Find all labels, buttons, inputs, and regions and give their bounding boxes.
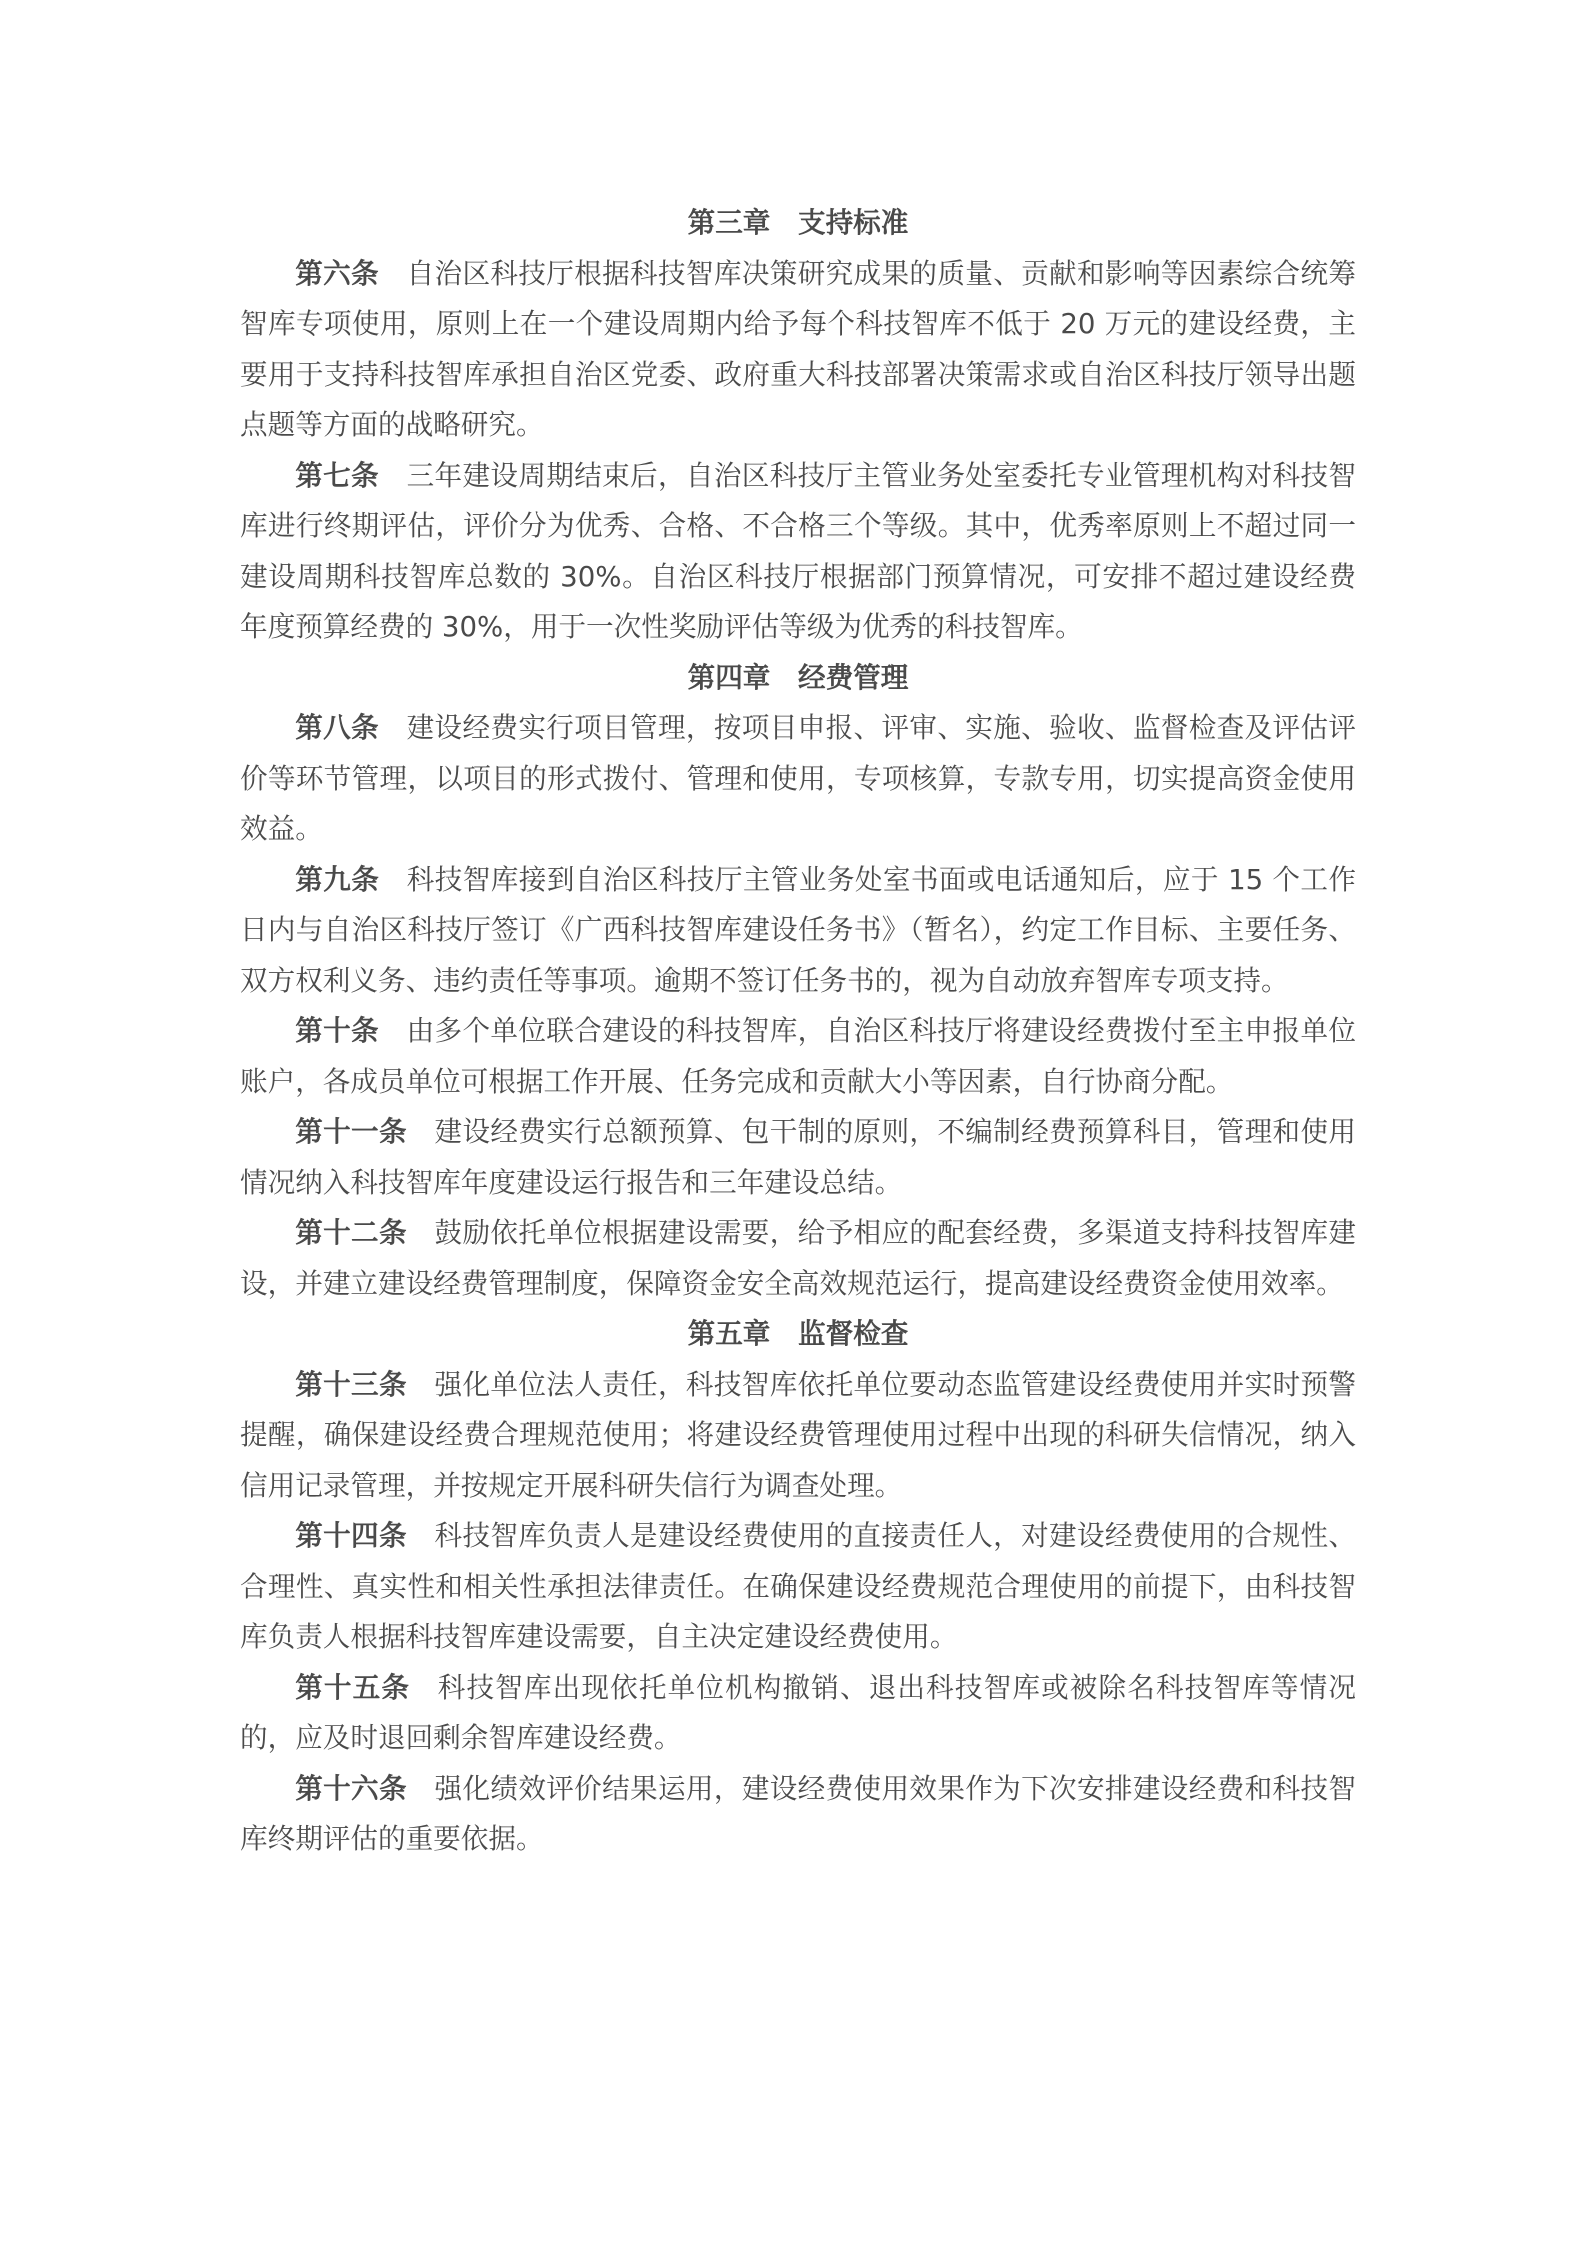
article-number: 第十条: [295, 1014, 379, 1047]
article-text: 科技智库接到自治区科技厅主管业务处室书面或电话通知后，应于 15 个工作日内与自…: [240, 863, 1356, 997]
article-12: 第十二条鼓励依托单位根据建设需要，给予相应的配套经费，多渠道支持科技智库建设，并…: [240, 1208, 1356, 1309]
article-text: 鼓励依托单位根据建设需要，给予相应的配套经费，多渠道支持科技智库建设，并建立建设…: [240, 1216, 1356, 1300]
article-15: 第十五条科技智库出现依托单位机构撤销、退出科技智库或被除名科技智库等情况的，应及…: [240, 1663, 1356, 1764]
article-number: 第六条: [295, 257, 379, 290]
article-text: 自治区科技厅根据科技智库决策研究成果的质量、贡献和影响等因素综合统筹智库专项使用…: [240, 257, 1356, 442]
article-number: 第十六条: [295, 1772, 407, 1805]
article-number: 第七条: [295, 459, 379, 492]
chapter-heading: 第五章 监督检查: [240, 1309, 1356, 1360]
article-11: 第十一条建设经费实行总额预算、包干制的原则，不编制经费预算科目，管理和使用情况纳…: [240, 1107, 1356, 1208]
article-6: 第六条自治区科技厅根据科技智库决策研究成果的质量、贡献和影响等因素综合统筹智库专…: [240, 249, 1356, 451]
article-text: 由多个单位联合建设的科技智库，自治区科技厅将建设经费拨付至主申报单位账户，各成员…: [240, 1014, 1356, 1098]
article-number: 第十五条: [295, 1671, 410, 1704]
article-7: 第七条三年建设周期结束后，自治区科技厅主管业务处室委托专业管理机构对科技智库进行…: [240, 451, 1356, 653]
article-text: 三年建设周期结束后，自治区科技厅主管业务处室委托专业管理机构对科技智库进行终期评…: [240, 459, 1356, 644]
article-text: 科技智库负责人是建设经费使用的直接责任人，对建设经费使用的合规性、合理性、真实性…: [240, 1519, 1356, 1653]
article-text: 建设经费实行项目管理，按项目申报、评审、实施、验收、监督检查及评估评价等环节管理…: [240, 711, 1356, 845]
chapter-heading: 第四章 经费管理: [240, 653, 1356, 704]
article-16: 第十六条强化绩效评价结果运用，建设经费使用效果作为下次安排建设经费和科技智库终期…: [240, 1764, 1356, 1865]
article-text: 强化绩效评价结果运用，建设经费使用效果作为下次安排建设经费和科技智库终期评估的重…: [240, 1772, 1356, 1856]
article-text: 强化单位法人责任，科技智库依托单位要动态监管建设经费使用并实时预警提醒，确保建设…: [240, 1368, 1356, 1502]
article-14: 第十四条科技智库负责人是建设经费使用的直接责任人，对建设经费使用的合规性、合理性…: [240, 1511, 1356, 1663]
article-13: 第十三条强化单位法人责任，科技智库依托单位要动态监管建设经费使用并实时预警提醒，…: [240, 1360, 1356, 1512]
article-number: 第十四条: [295, 1519, 407, 1552]
chapter-heading: 第三章 支持标准: [240, 198, 1356, 249]
article-9: 第九条科技智库接到自治区科技厅主管业务处室书面或电话通知后，应于 15 个工作日…: [240, 855, 1356, 1007]
article-10: 第十条由多个单位联合建设的科技智库，自治区科技厅将建设经费拨付至主申报单位账户，…: [240, 1006, 1356, 1107]
article-number: 第八条: [295, 711, 379, 744]
article-number: 第十二条: [295, 1216, 407, 1249]
article-number: 第九条: [295, 863, 379, 896]
article-8: 第八条建设经费实行项目管理，按项目申报、评审、实施、验收、监督检查及评估评价等环…: [240, 703, 1356, 855]
article-text: 建设经费实行总额预算、包干制的原则，不编制经费预算科目，管理和使用情况纳入科技智…: [240, 1115, 1356, 1199]
article-number: 第十三条: [295, 1368, 407, 1401]
article-number: 第十一条: [295, 1115, 407, 1148]
document-page: 第三章 支持标准 第六条自治区科技厅根据科技智库决策研究成果的质量、贡献和影响等…: [240, 198, 1356, 1865]
